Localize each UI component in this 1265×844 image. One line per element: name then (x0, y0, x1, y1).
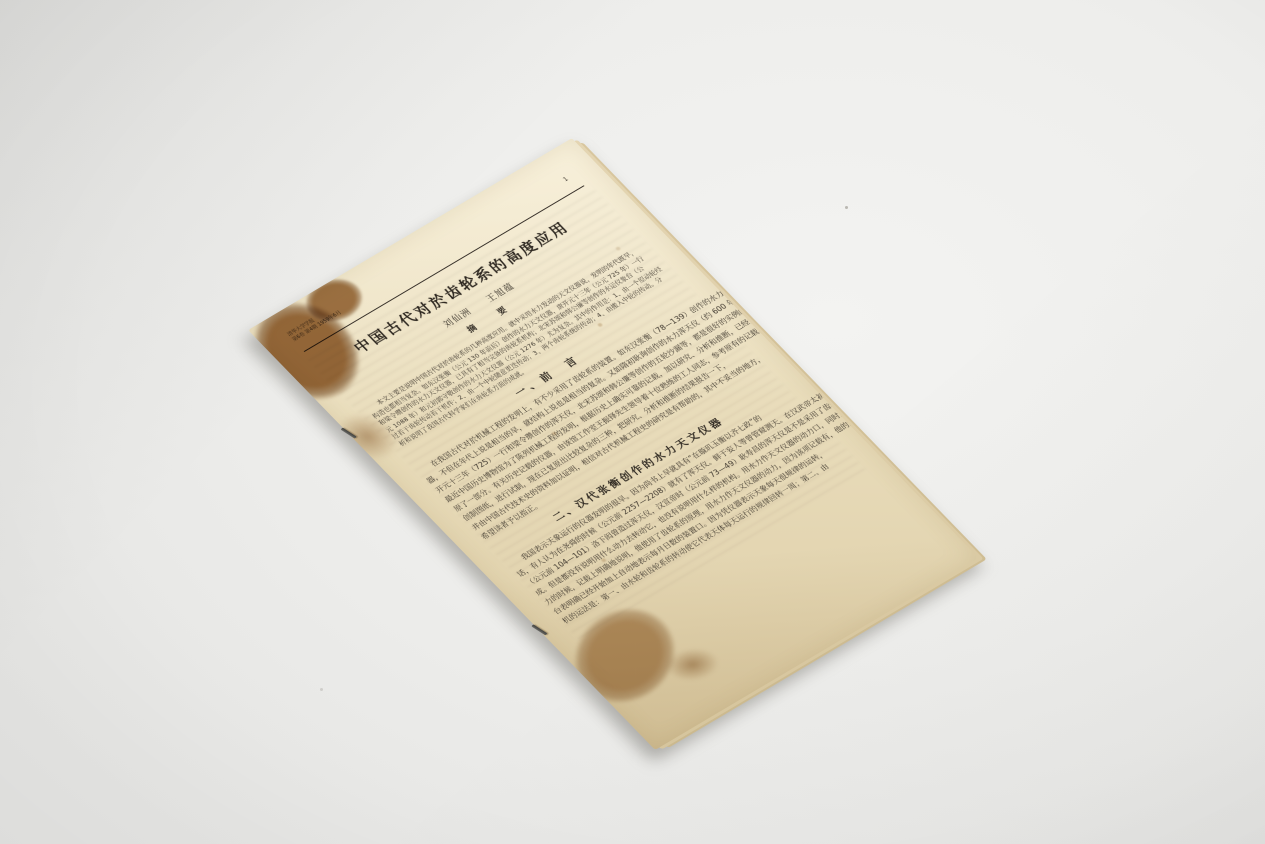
page-sheet: 清华大学学报 第6卷 第4期 1959年6月 1 中国古代对於齿轮系的高度应用 … (248, 138, 979, 750)
dust-speck (845, 206, 848, 209)
journal-header: 清华大学学报 第6卷 第4期 1959年6月 (286, 305, 343, 343)
dust-speck (320, 688, 323, 691)
page-number: 1 (562, 176, 570, 183)
body-line: （公元前 104—101）洛下闳曾造过浑天仪，汉宣帝时（公元前 73—49）耿寿… (523, 386, 859, 589)
printed-content: 清华大学学报 第6卷 第4期 1959年6月 1 中国古代对於齿轮系的高度应用 … (248, 138, 979, 750)
journal-booklet: 清华大学学报 第6卷 第4期 1959年6月 1 中国古代对於齿轮系的高度应用 … (248, 138, 979, 750)
photo-backdrop: 清华大学学报 第6卷 第4期 1959年6月 1 中国古代对於齿轮系的高度应用 … (0, 0, 1265, 844)
